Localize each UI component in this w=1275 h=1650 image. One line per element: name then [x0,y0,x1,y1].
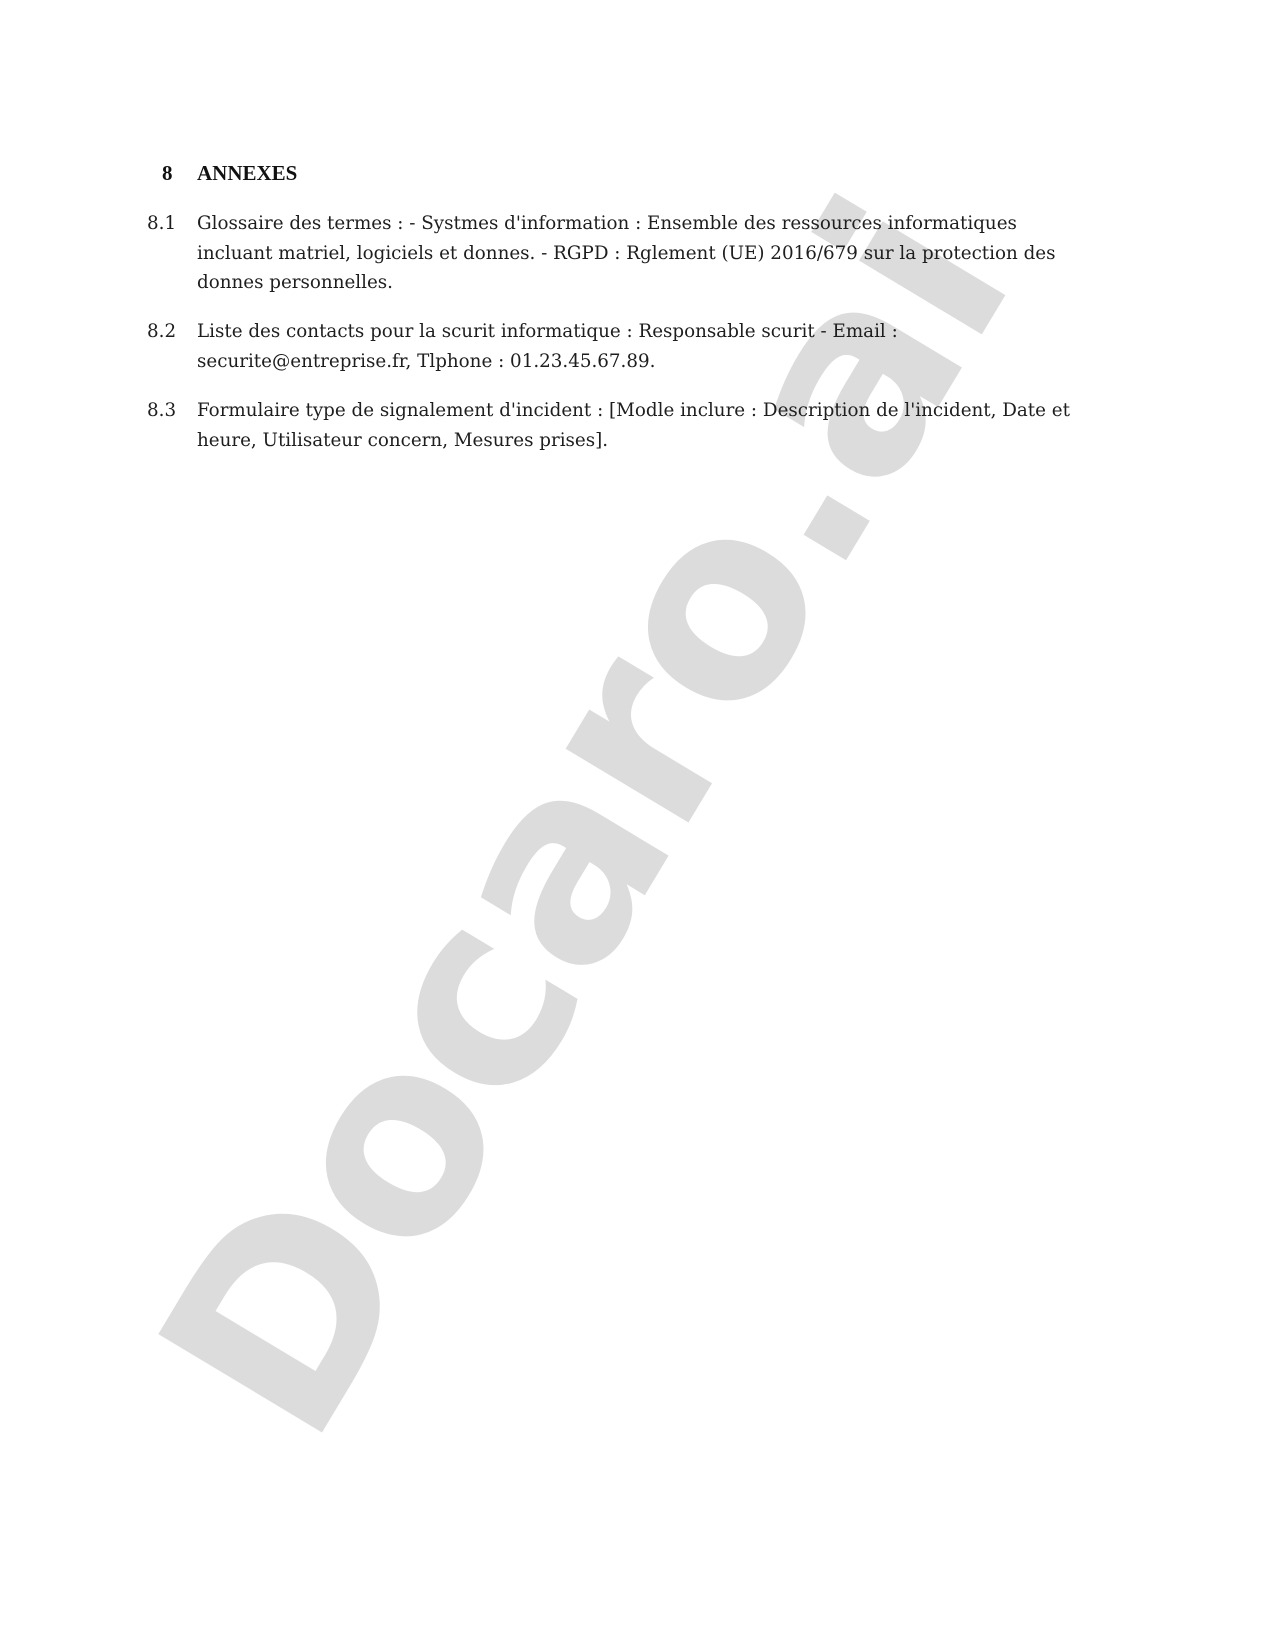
item-line: donnes personnelles. [197,268,1056,298]
item-number: 8.2 [147,317,176,347]
item-number: 8.1 [147,209,176,239]
item-line: Liste des contacts pour la scurit inform… [197,317,898,347]
item-line: securite@entreprise.fr, Tlphone : 01.23.… [197,347,898,377]
item-text: Liste des contacts pour la scurit inform… [197,317,898,376]
section-number: 8 [162,161,173,186]
item-line: heure, Utilisateur concern, Mesures pris… [197,426,1070,456]
item-text: Glossaire des termes : - Systmes d'infor… [197,209,1056,298]
item-line: incluant matriel, logiciels et donnes. -… [197,239,1056,269]
item-line: Glossaire des termes : - Systmes d'infor… [197,209,1056,239]
section-title: ANNEXES [197,161,297,186]
item-line: Formulaire type de signalement d'inciden… [197,396,1070,426]
item-number: 8.3 [147,396,176,426]
item-text: Formulaire type de signalement d'inciden… [197,396,1070,455]
